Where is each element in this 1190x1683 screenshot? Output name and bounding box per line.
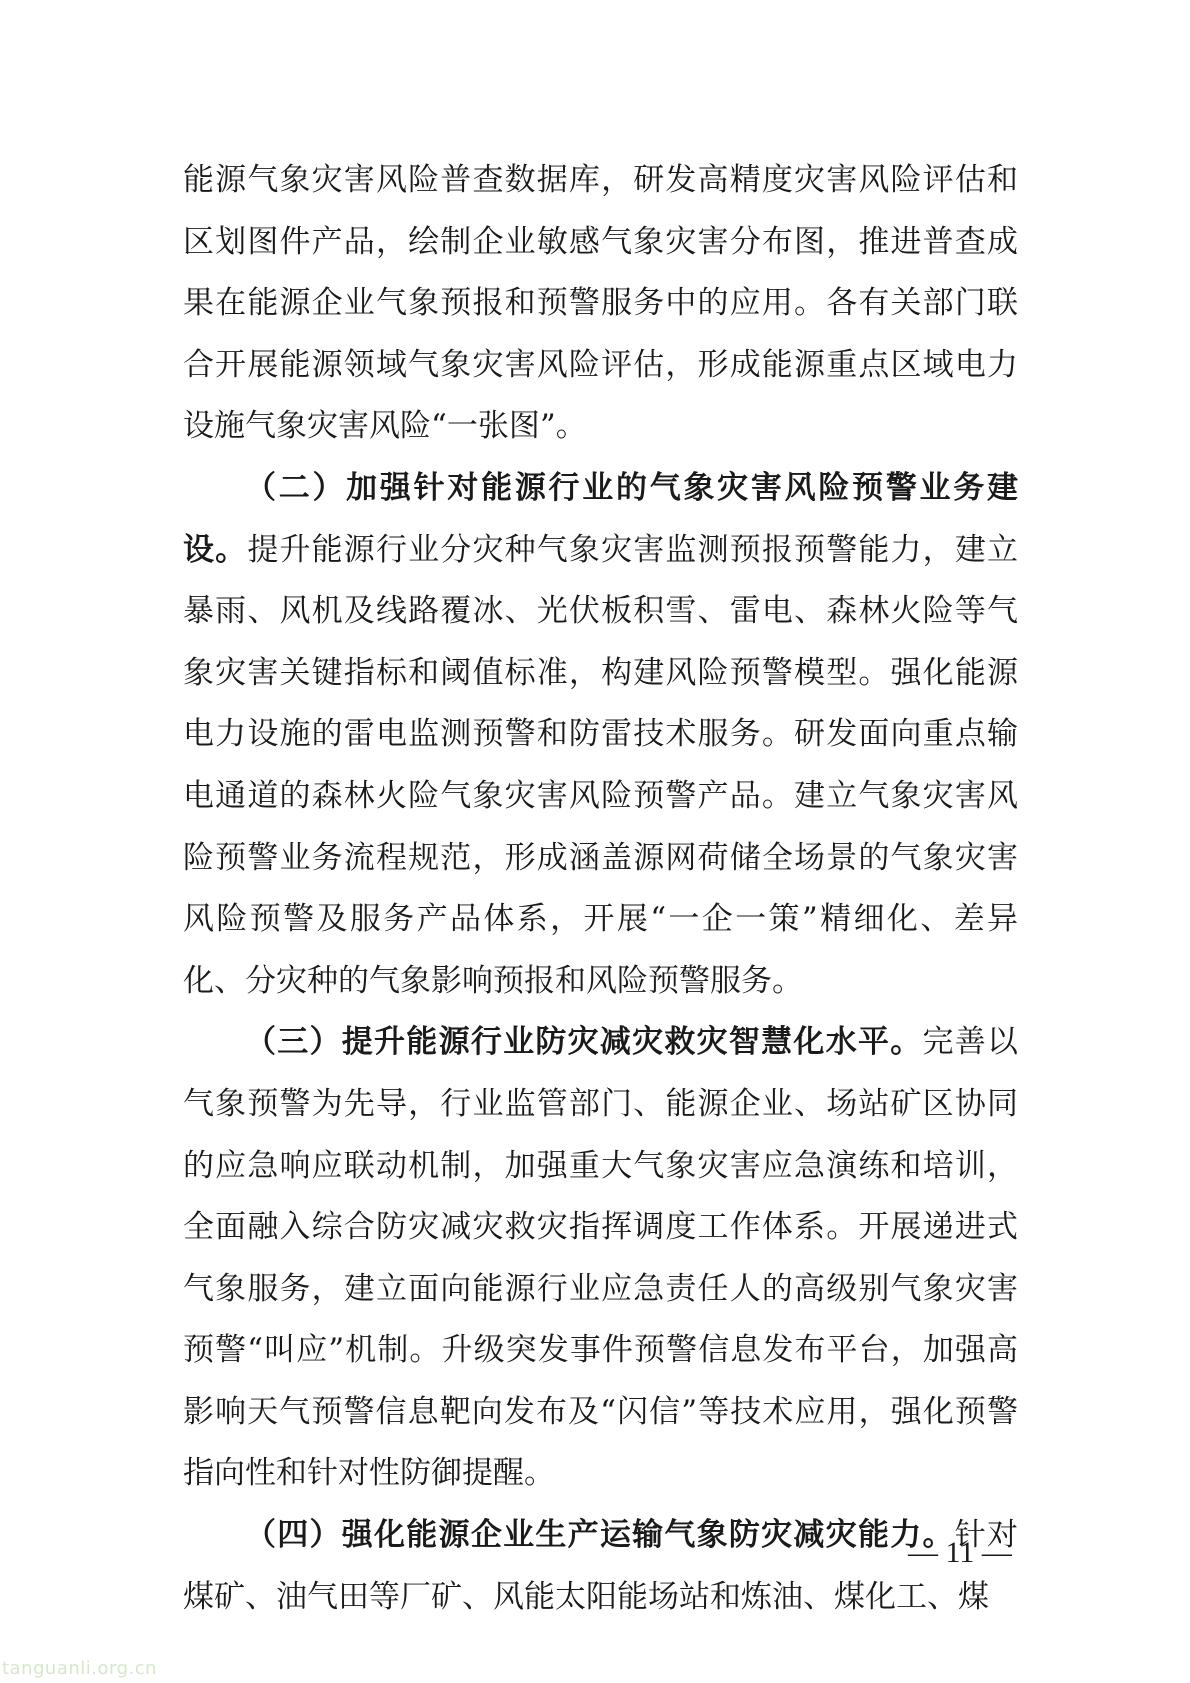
- paragraph-text: 完善以气象预警为先导，行业监管部门、能源企业、场站矿区协同的应急响应联动机制，加…: [183, 1024, 1018, 1491]
- document-page: 能源气象灾害风险普查数据库，研发高精度灾害风险评估和区划图件产品，绘制企业敏感气…: [0, 0, 1190, 1683]
- paragraph-section-3: （三）提升能源行业防灾减灾救灾智慧化水平。完善以气象预警为先导，行业监管部门、能…: [183, 1012, 1018, 1505]
- watermark: tanguanli.org.cn: [2, 1658, 157, 1679]
- paragraph-text: 能源气象灾害风险普查数据库，研发高精度灾害风险评估和区划图件产品，绘制企业敏感气…: [183, 162, 1018, 444]
- page-number: — 11 —: [900, 1536, 1020, 1570]
- paragraph-section-4: （四）强化能源企业生产运输气象防灾减灾能力。针对煤矿、油气田等厂矿、风能太阳能场…: [183, 1505, 1018, 1628]
- paragraph-text: 提升能源行业分灾种气象灾害监测预报预警能力，建立暴雨、风机及线路覆冰、光伏板积雪…: [183, 532, 1018, 999]
- section-heading: （三）提升能源行业防灾减灾救灾智慧化水平。: [245, 1024, 922, 1060]
- document-body: 能源气象灾害风险普查数据库，研发高精度灾害风险评估和区划图件产品，绘制企业敏感气…: [183, 150, 1018, 1628]
- paragraph-continuation: 能源气象灾害风险普查数据库，研发高精度灾害风险评估和区划图件产品，绘制企业敏感气…: [183, 150, 1018, 458]
- section-heading: （四）强化能源企业生产运输气象防灾减灾能力。: [245, 1517, 955, 1553]
- paragraph-section-2: （二）加强针对能源行业的气象灾害风险预警业务建设。提升能源行业分灾种气象灾害监测…: [183, 458, 1018, 1012]
